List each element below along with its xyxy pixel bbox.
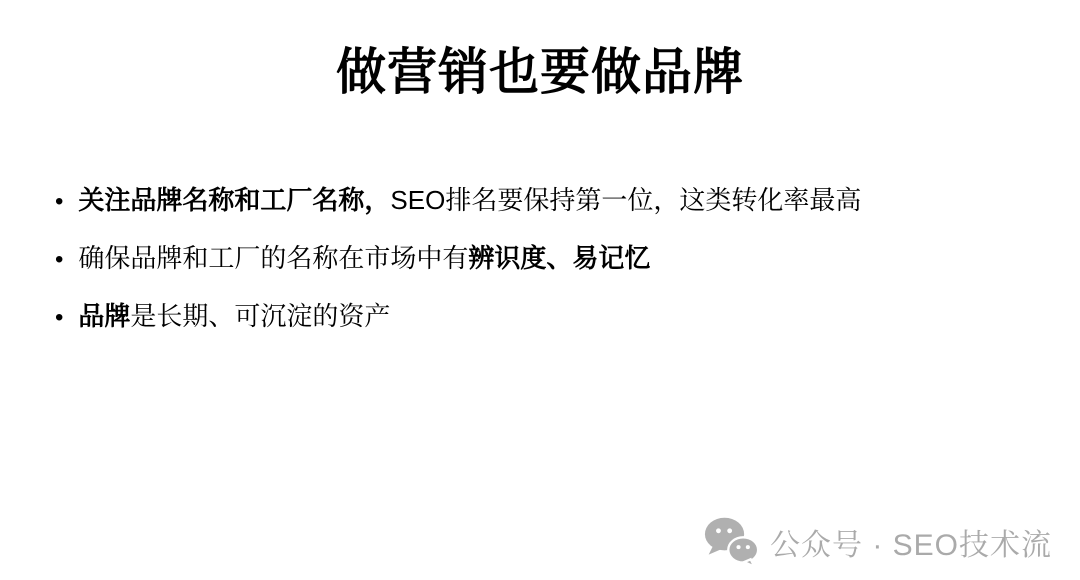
bullet-item: •关注品牌名称和工厂名称，SEO排名要保持第一位，这类转化率最高 xyxy=(55,180,861,217)
bullet-item: •确保品牌和工厂的名称在市场中有辨识度、易记忆 xyxy=(55,238,861,275)
bullet-text: 关注品牌名称和工厂名称，SEO排名要保持第一位，这类转化率最高 xyxy=(78,180,861,217)
bullet-text: 品牌是长期、可沉淀的资产 xyxy=(78,296,390,333)
bullet-item: •品牌是长期、可沉淀的资产 xyxy=(55,296,861,333)
bullet-dot: • xyxy=(55,304,63,332)
watermark: 公众号 · SEO技术流 xyxy=(704,516,1052,568)
wechat-icon xyxy=(704,516,760,568)
bullet-text: 确保品牌和工厂的名称在市场中有辨识度、易记忆 xyxy=(78,238,650,275)
bullet-dot: • xyxy=(55,188,63,216)
presentation-slide: 做营销也要做品牌 •关注品牌名称和工厂名称，SEO排名要保持第一位，这类转化率最… xyxy=(0,0,1080,580)
bullet-list: •关注品牌名称和工厂名称，SEO排名要保持第一位，这类转化率最高•确保品牌和工厂… xyxy=(55,180,861,354)
slide-title: 做营销也要做品牌 xyxy=(0,32,1080,104)
watermark-text: 公众号 · SEO技术流 xyxy=(770,520,1052,564)
bullet-dot: • xyxy=(55,246,63,274)
